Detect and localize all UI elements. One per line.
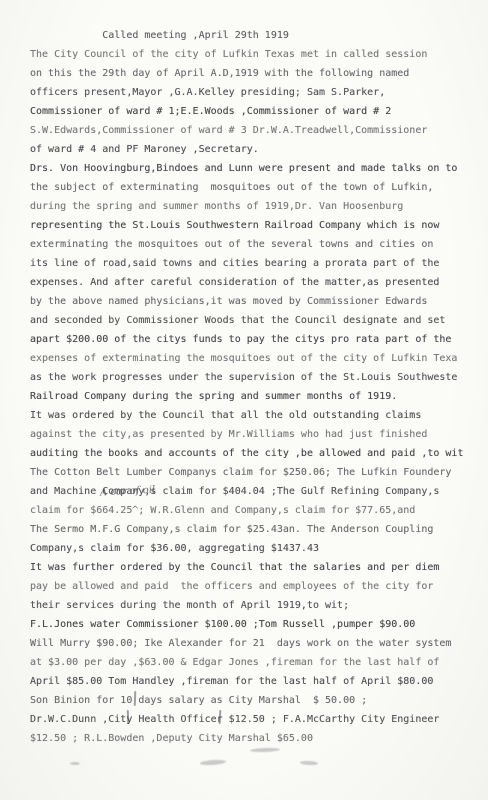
document-line: Company,s claim for $36.00, aggregating … bbox=[30, 539, 462, 558]
document-line: Railroad Company during the spring and s… bbox=[30, 387, 462, 406]
document-line: representing the St.Louis Southwestern R… bbox=[30, 216, 462, 235]
document-line: as the work progresses under the supervi… bbox=[30, 368, 462, 387]
document-line: their services during the month of April… bbox=[30, 596, 462, 615]
document-line: Dr.W.C.Dunn ,City Health Officer $12.50 … bbox=[30, 710, 462, 729]
pen-mark bbox=[127, 710, 129, 724]
document-line: on this the 29th day of April A.D,1919 w… bbox=[30, 64, 462, 83]
document-line: officers present,Mayor ,G.A.Kelley presi… bbox=[30, 83, 462, 102]
ink-smudge bbox=[200, 759, 226, 766]
document-line: The Cotton Belt Lumber Companys claim fo… bbox=[30, 463, 462, 482]
document-line: Commissioner of ward # 1;E.E.Woods ,Comm… bbox=[30, 102, 462, 121]
document-line: S.W.Edwards,Commissioner of ward # 3 Dr.… bbox=[30, 121, 462, 140]
document-line: $12.50 ; R.L.Bowden ,Deputy City Marshal… bbox=[30, 729, 462, 748]
document-line: pay be allowed and paid the officers and… bbox=[30, 577, 462, 596]
document-line: Called meeting ,April 29th 1919 bbox=[30, 26, 462, 45]
document-line: against the city,as presented by Mr.Will… bbox=[30, 425, 462, 444]
document-line: apart $200.00 of the citys funds to pay … bbox=[30, 330, 462, 349]
document-line: The Sermo M.F.G Company,s claim for $25.… bbox=[30, 520, 462, 539]
document-line: exterminating the mosquitoes out of the … bbox=[30, 235, 462, 254]
document-line: the subject of exterminating mosquitoes … bbox=[30, 178, 462, 197]
scanned-document-page: Called meeting ,April 29th 1919The City … bbox=[0, 0, 488, 800]
ink-smudge bbox=[250, 747, 280, 752]
document-line: Will Murry $90.00; Ike Alexander for 21 … bbox=[30, 634, 462, 653]
insertion-caret-mark: ^ bbox=[131, 505, 139, 516]
document-line: April $85.00 Tom Handley ,fireman for th… bbox=[30, 672, 462, 691]
document-line: and Machine Company,s claim for $404.04 … bbox=[30, 482, 462, 501]
document-line: It was further ordered by the Council th… bbox=[30, 558, 462, 577]
document-line: Son Binion for 10 days salary as City Ma… bbox=[30, 691, 462, 710]
document-line: expenses. And after careful consideratio… bbox=[30, 273, 462, 292]
ink-smudge bbox=[300, 761, 318, 766]
document-body: Called meeting ,April 29th 1919The City … bbox=[30, 26, 462, 748]
document-line: F.L.Jones water Commissioner $100.00 ;To… bbox=[30, 615, 462, 634]
document-line: auditing the books and accounts of the c… bbox=[30, 444, 462, 463]
document-line: during the spring and summer months of 1… bbox=[30, 197, 462, 216]
document-line: at $3.00 per day ,$63.00 & Edgar Jones ,… bbox=[30, 653, 462, 672]
document-line: The City Council of the city of Lufkin T… bbox=[30, 45, 462, 64]
document-line: of ward # 4 and PF Maroney ,Secretary. bbox=[30, 140, 462, 159]
document-line: Drs. Von Hoovingburg,Bindoes and Lunn we… bbox=[30, 159, 462, 178]
document-line: by the above named physicians,it was mov… bbox=[30, 292, 462, 311]
document-line: It was ordered by the Council that all t… bbox=[30, 406, 462, 425]
document-line: expenses of exterminating the mosquitoes… bbox=[30, 349, 462, 368]
document-line: its line of road,said towns and cities b… bbox=[30, 254, 462, 273]
ink-smudge bbox=[70, 762, 80, 765]
document-line: and seconded by Commissioner Woods that … bbox=[30, 311, 462, 330]
document-line: claim for $664.25 ; W.R.Glenn and Compan… bbox=[30, 501, 462, 520]
